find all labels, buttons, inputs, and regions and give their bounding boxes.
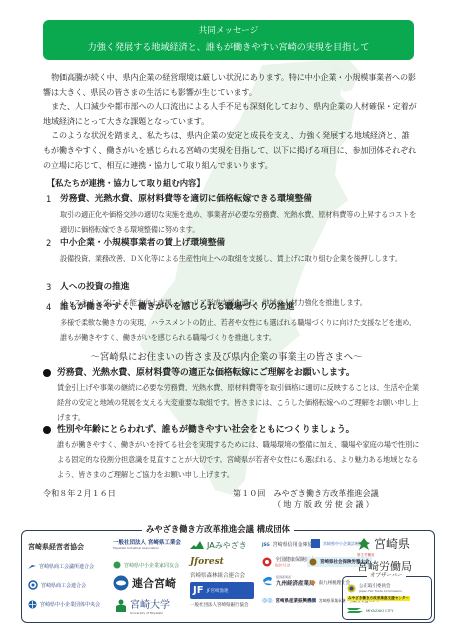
member-name: 宮崎県商工会議所連合会 — [39, 563, 94, 570]
section-heading: 【私たちが連携・協力して取り組む内容】 — [47, 177, 205, 189]
member-subname: Miyazaki Industrial Association — [113, 546, 159, 550]
item-description: 設備投資、業務改善、ＤＸ化等による生産性向上への取組を支援し、賃上げに取り組む企… — [60, 252, 420, 267]
member-name: 一般社団法人宮崎県銀行協会 — [190, 602, 249, 608]
member-logo: ◎◎ 宮崎県産業振興機構 — [262, 597, 316, 604]
kenpo-icon — [262, 557, 272, 567]
leaf-emblem-icon — [113, 561, 121, 569]
member-name: 連合宮崎 — [132, 575, 176, 591]
member-logo: 一般社団法人宮崎県銀行協会 — [190, 602, 249, 608]
member-name: 宮崎県産業振興機構 — [275, 598, 316, 604]
member-logo: 一般社団法人 宮崎県工業会 Miyazaki Industrial Associ… — [113, 538, 181, 550]
member-name: 宮崎県森林組合連合会 — [190, 571, 245, 579]
bullet-description: 賃金引上げや事業の継続に必要な労務費、光熱水費、原材料費等を取引価格に適切に反映… — [57, 381, 425, 425]
member-name: 宮崎県 — [374, 535, 410, 552]
member-logo: 宮崎県 — [357, 535, 410, 552]
member-name: JAみやざき — [207, 540, 247, 551]
member-logo: 宮崎県森林組合連合会 — [190, 571, 245, 579]
members-title: みやざき働き方改革推進会議 構成団体 — [142, 523, 294, 536]
shindan-icon — [311, 539, 320, 548]
item-description: 多様で柔軟な働き方の実現、ハラスメントの防止、若者や女性にも選ばれる職場づくりに… — [60, 316, 420, 345]
member-logo: 宮崎県商工会連合会 — [28, 580, 86, 590]
prefecture-emblem-icon — [357, 537, 371, 551]
member-logo: 宮崎県商工会議所連合会 — [28, 563, 94, 570]
bird-icon — [28, 564, 36, 570]
observer-name: みやざき働き方改革推進支援センター — [348, 596, 409, 601]
center-icon: ✔ — [311, 597, 316, 604]
sharoushi-icon — [309, 558, 317, 566]
item-title: 中小企業・小規模事業者の賃上げ環境整備 — [60, 237, 225, 249]
member-name: 宮崎県商工会連合会 — [41, 582, 86, 589]
callout-heading: ～宮崎県にお住まいの皆さま及び県内企業の事業主の皆さまへ～ — [0, 351, 453, 364]
banner-subtitle: 力強く発展する地域経済と、誰もが働きやすい宮崎の実現を目指して — [43, 42, 414, 54]
observer-name: MIYAZAKI CITY — [366, 608, 393, 613]
member-subname: University of Miyazaki — [130, 611, 170, 615]
item-title: 誰もが働きやすく、働きがいを感じられる職場づくりの推進 — [60, 301, 294, 313]
observer-subname: Japan Fair Trade Commission — [359, 589, 402, 593]
bullet-dot-icon — [43, 426, 51, 434]
university-emblem-icon — [115, 599, 127, 613]
member-logo: 宮崎県中小企業家同友会 — [113, 561, 179, 569]
item-title: 労務費、光熱水費、原材料費等を適切に価格転嫁できる環境整備 — [60, 193, 312, 205]
kikou-icon: ◎◎ — [262, 597, 272, 604]
signer-block: 第１０回 みやざき働き方改革推進会議 （地方版政労使会議） — [233, 488, 379, 499]
zeirishi-icon: ◆ — [311, 579, 316, 586]
observer-title: オブザーバー — [367, 571, 406, 581]
globe-emblem-icon — [28, 600, 37, 609]
bullet-title: 労務費、光熱水費、原材料費等の適正な価格転嫁にご理解をお願いします。 — [57, 367, 355, 379]
item-number: 4 — [46, 301, 51, 313]
signer-subtitle: （地方版政労使会議） — [273, 499, 376, 510]
member-name: 九州経済産業局 — [276, 579, 315, 587]
member-logo: 連合宮崎 — [113, 575, 176, 591]
member-name: 宮崎大学 — [130, 596, 170, 611]
ja-logo-icon — [190, 541, 204, 550]
intro-paragraph: また、人口減少や都市部への人口流出による人手不足も深刻化しており、県内企業の人材… — [43, 99, 417, 128]
member-name: JF宮崎漁連 — [207, 588, 229, 594]
member-logo: JAみやざき — [190, 540, 247, 551]
member-logo: 宮崎県中小企業団体中央会 — [28, 600, 100, 609]
member-logo: Jforest — [190, 557, 224, 567]
member-name: Jforest — [190, 557, 224, 567]
member-name: 宮崎県中小企業団体中央会 — [40, 601, 100, 608]
item-number: 3 — [46, 281, 51, 293]
issue-date: 令和８年２月１６日 — [43, 488, 116, 499]
intro-paragraph: 物価高騰が続く中、県内企業の経営環境は厳しい状況にあります。特に中小企業・小規模… — [43, 70, 417, 99]
member-logo: JSG 宮崎県信用金庫協会 — [262, 541, 318, 548]
item-number: 2 — [46, 237, 51, 249]
observer-logo: 公正取引委員会 Japan Fair Trade Commission — [347, 583, 402, 593]
member-logo: 宮崎県経営者協会 — [28, 542, 84, 552]
bullet-dot-icon — [43, 369, 51, 377]
member-logo: JF JF宮崎漁連 — [190, 582, 254, 599]
item-description: 取引の適正化や価格交渉の適切な実施を進め、事業者が必要な労務費、光熱水費、原材料… — [60, 208, 420, 237]
meti-icon — [262, 575, 273, 587]
item-number: 1 — [46, 193, 51, 205]
intro-paragraph: このような状況を踏まえ、私たちは、県内企業の安定と成長を支え、力強く発展する地域… — [43, 128, 417, 172]
observer-logo: みやざき働き方改革推進支援センター — [347, 596, 410, 601]
gear-emblem-icon — [28, 580, 38, 590]
member-logo: 経済産業省 九州経済産業局 — [262, 575, 315, 587]
document-page: 共同メッセージ 力強く発展する地域経済と、誰もが働きやすい宮崎の実現を目指して … — [0, 0, 453, 640]
signer-name: 第１０回 みやざき働き方改革推進会議 — [233, 488, 379, 499]
member-logo: 宮崎大学 University of Miyazaki — [115, 596, 170, 615]
member-organizations-box: みやざき働き方改革推進会議 構成団体 宮崎県経営者協会 宮崎県商工会議所連合会 … — [21, 530, 435, 623]
jf-logo-icon: JF — [193, 585, 204, 596]
member-name: 一般社団法人 宮崎県工業会 — [113, 538, 181, 546]
member-name: 宮崎県中小企業家同友会 — [124, 562, 179, 569]
intro-text: 物価高騰が続く中、県内企業の経営環境は厳しい状況にあります。特に中小企業・小規模… — [43, 70, 417, 172]
observer-logo: MIYAZAKI CITY — [347, 606, 393, 614]
banner-title: 共同メッセージ — [43, 26, 414, 37]
bullet-description: 誰もが働きやすく、働きがいを持てる社会を実現するためには、職場環境の整備に加え、… — [57, 438, 425, 482]
bullet-title: 性別や年齢にとらわれず、誰もが働きやすい社会をともにつくりましょう。 — [57, 424, 354, 436]
observer-box: オブザーバー 公正取引委員会 Japan Fair Trade Commissi… — [342, 576, 432, 620]
jftc-icon — [347, 584, 356, 593]
rengo-emblem-icon — [113, 575, 129, 591]
city-emblem-icon — [347, 606, 363, 614]
member-name: 宮崎県経営者協会 — [28, 542, 84, 552]
item-title: 人への投資の推進 — [60, 281, 130, 293]
joint-message-banner: 共同メッセージ 力強く発展する地域経済と、誰もが働きやすい宮崎の実現を目指して — [43, 20, 414, 60]
shinkin-icon: JSG — [262, 542, 270, 547]
